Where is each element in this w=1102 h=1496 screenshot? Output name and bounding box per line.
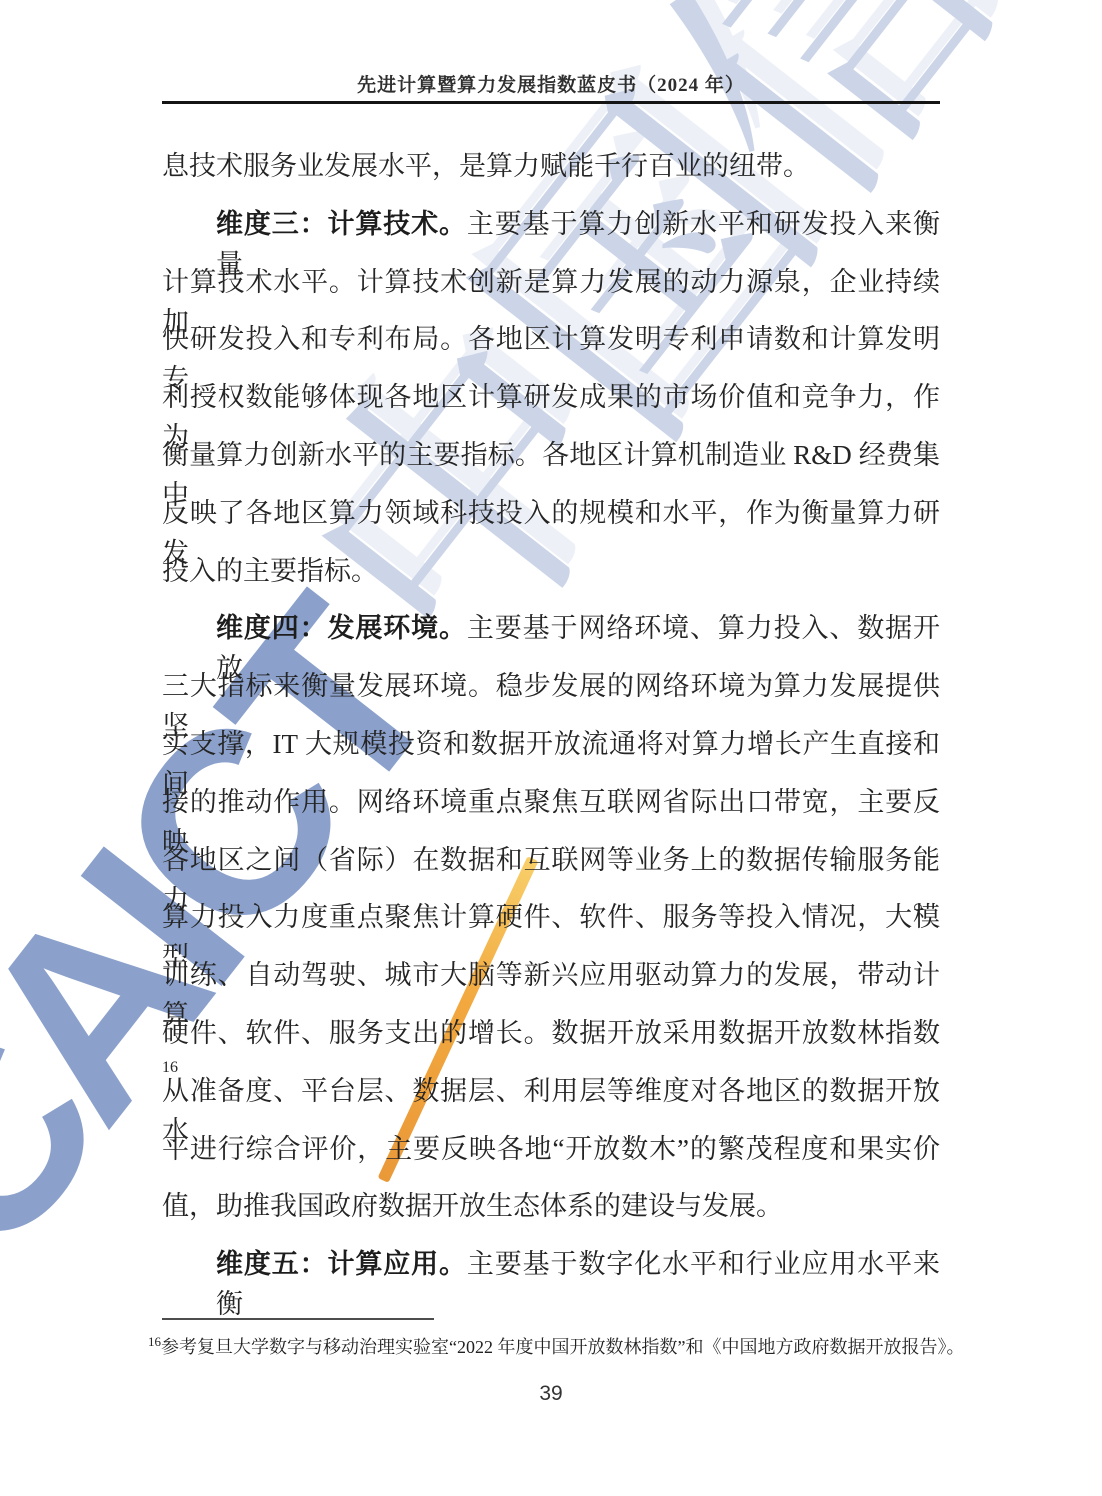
content-layer: 先进计算暨算力发展指数蓝皮书（2024 年） 息技术服务业发展水平，是算力赋能千… bbox=[0, 0, 1102, 1496]
body-line: 硬件、软件、服务支出的增长。数据开放采用数据开放数林指数16， bbox=[162, 1013, 940, 1053]
footnote-marker: 16 bbox=[148, 1334, 161, 1349]
body-line: 训练、自动驾驶、城市大脑等新兴应用驱动算力的发展，带动计算 bbox=[162, 955, 940, 995]
footnote-separator bbox=[162, 1318, 434, 1320]
body-line: 维度五：计算应用。主要基于数字化水平和行业应用水平来衡 bbox=[162, 1244, 940, 1284]
body-line-segment: 硬件、软件、服务支出的增长。数据开放采用数据开放数林指数 bbox=[162, 1018, 940, 1048]
header-rule bbox=[162, 101, 940, 104]
body-line: 维度四：发展环境。主要基于网络环境、算力投入、数据开放 bbox=[162, 608, 940, 648]
body-line: 从准备度、平台层、数据层、利用层等维度对各地区的数据开放水 bbox=[162, 1071, 940, 1111]
body-line: 利授权数能够体现各地区计算研发成果的市场价值和竞争力，作为 bbox=[162, 377, 940, 417]
body-line: 计算技术水平。计算技术创新是算力发展的动力源泉，企业持续加 bbox=[162, 262, 940, 302]
body-line-segment: 平进行综合评价，主要反映各地“开放数木”的繁茂程度和果实价 bbox=[162, 1134, 940, 1164]
body-line: 三大指标来衡量发展环境。稳步发展的网络环境为算力发展提供坚 bbox=[162, 666, 940, 706]
body-line: 投入的主要指标。 bbox=[162, 551, 940, 591]
body-line: 接的推动作用。网络环境重点聚焦互联网省际出口带宽，主要反映 bbox=[162, 782, 940, 822]
body-line-segment: 维度四：发展环境。 bbox=[216, 613, 467, 643]
body-line: 算力投入力度重点聚焦计算硬件、软件、服务等投入情况，大模型 bbox=[162, 897, 940, 937]
body-line-segment: 投入的主要指标。 bbox=[162, 556, 378, 586]
footnote: 16参考复旦大学数字与移动治理实验室“2022 年度中国开放数林指数”和《中国地… bbox=[148, 1332, 968, 1362]
body-line: 维度三：计算技术。主要基于算力创新水平和研发投入来衡量 bbox=[162, 204, 940, 244]
footnote-text: 参考复旦大学数字与移动治理实验室“2022 年度中国开放数林指数”和《中国地方政… bbox=[161, 1337, 964, 1357]
body-line: 快研发投入和专利布局。各地区计算发明专利申请数和计算发明专 bbox=[162, 319, 940, 359]
page-header-title: 先进计算暨算力发展指数蓝皮书（2024 年） bbox=[0, 70, 1102, 97]
body-line: 各地区之间（省际）在数据和互联网等业务上的数据传输服务能力。 bbox=[162, 840, 940, 880]
body-line: 衡量算力创新水平的主要指标。各地区计算机制造业 R&D 经费集中 bbox=[162, 435, 940, 475]
document-page: CAICT中国信通院 先进计算暨算力发展指数蓝皮书（2024 年） 息技术服务业… bbox=[0, 0, 1102, 1496]
body-line: 息技术服务业发展水平，是算力赋能千行百业的纽带。 bbox=[162, 146, 940, 186]
body-line: 反映了各地区算力领域科技投入的规模和水平，作为衡量算力研发 bbox=[162, 493, 940, 533]
body-line-segment: 息技术服务业发展水平，是算力赋能千行百业的纽带。 bbox=[162, 151, 810, 181]
body-line: 实支撑，IT 大规模投资和数据开放流通将对算力增长产生直接和间 bbox=[162, 724, 940, 764]
body-line-segment: 维度五：计算应用。 bbox=[216, 1249, 467, 1279]
body-line: 平进行综合评价，主要反映各地“开放数木”的繁茂程度和果实价 bbox=[162, 1129, 940, 1169]
body-line-segment: 值，助推我国政府数据开放生态体系的建设与发展。 bbox=[162, 1191, 783, 1221]
page-number: 39 bbox=[0, 1382, 1102, 1406]
body-line: 值，助推我国政府数据开放生态体系的建设与发展。 bbox=[162, 1186, 940, 1226]
body-line-segment: 维度三：计算技术。 bbox=[216, 209, 467, 239]
